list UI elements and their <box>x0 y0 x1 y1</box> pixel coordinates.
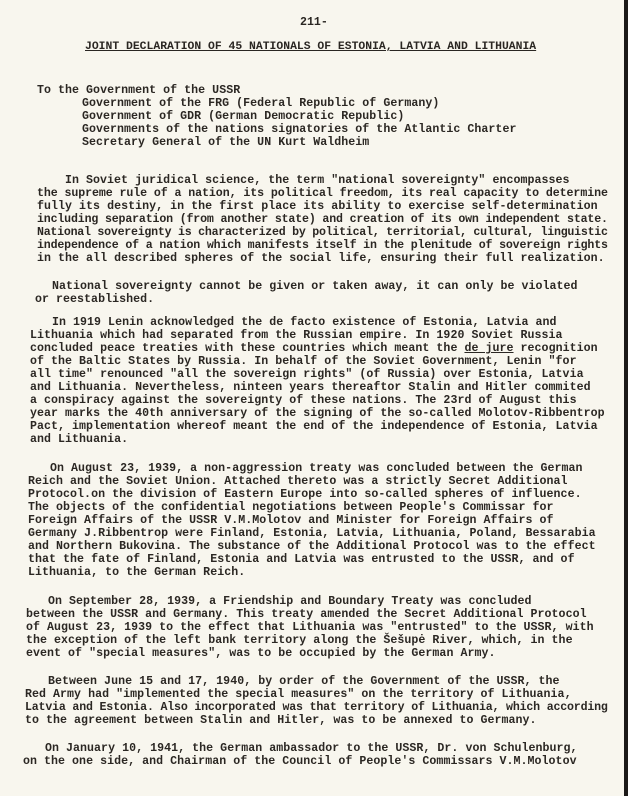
text-line: and Lithuania. Nevertheless, ninteen yea… <box>30 381 591 394</box>
text-line: all time" renounced "all the sovereign r… <box>30 368 584 381</box>
text-line: of the Baltic States by Russia. In behal… <box>30 355 577 368</box>
text-line: Red Army had "implemented the special me… <box>25 688 572 701</box>
text-line: of August 23, 1939 to the effect that Li… <box>26 621 594 634</box>
text-line: The objects of the confidential negotiat… <box>28 501 554 514</box>
text-line: on the one side, and Chairman of the Cou… <box>23 755 577 768</box>
text-line: Latvia and Estonia. Also incorporated wa… <box>25 701 608 714</box>
text-line: Between June 15 and 17, 1940, by order o… <box>48 675 560 688</box>
text-line: independence of a nation which manifests… <box>37 239 608 252</box>
document-title: JOINT DECLARATION OF 45 NATIONALS OF EST… <box>85 41 536 53</box>
text-line: the supreme rule of a nation, its politi… <box>37 187 608 200</box>
text-line: between the USSR and Germany. This treat… <box>26 608 587 621</box>
text-line: Pact, implementation whereof meant the e… <box>30 420 598 433</box>
text-line: a conspiracy against the sovereignty of … <box>30 394 577 407</box>
text-line: On January 10, 1941, the German ambassad… <box>45 742 578 755</box>
text-line: In 1919 Lenin acknowledged the de facto … <box>52 316 557 329</box>
scan-edge-shadow <box>624 0 628 796</box>
de-jure-underlined: de jure <box>464 342 513 355</box>
addressee-line: Government of GDR (German Democratic Rep… <box>82 110 404 123</box>
text-line: Protocol.on the division of Eastern Euro… <box>28 488 582 501</box>
text-line: Lithuania, to the German Reich. <box>28 566 245 579</box>
text-segment: recognition <box>514 342 598 355</box>
text-line: fully its destiny, in the first place it… <box>37 200 598 213</box>
text-line: in the all described spheres of the soci… <box>37 252 605 265</box>
addressee-line: Government of the FRG (Federal Republic … <box>82 97 439 110</box>
addressee-line: Secretary General of the UN Kurt Waldhei… <box>82 136 369 149</box>
text-line: National sovereignty is characterized by… <box>37 226 608 239</box>
text-line: event of "special measures", was to be o… <box>26 647 496 660</box>
page-number: 211- <box>300 16 328 29</box>
text-line: Foreign Affairs of the USSR V.M.Molotov … <box>28 514 554 527</box>
text-line: Reich and the Soviet Union. Attached the… <box>28 475 568 488</box>
document-page: 211- JOINT DECLARATION OF 45 NATIONALS O… <box>0 0 624 796</box>
text-segment: concluded peace treaties with these coun… <box>30 342 464 355</box>
text-line: and Northern Bukovina. The substance of … <box>28 540 596 553</box>
addressee-line: To the Government of the USSR <box>37 84 240 97</box>
text-line: that the fate of Finland, Estonia and La… <box>28 553 575 566</box>
text-line: to the agreement between Stalin and Hitl… <box>25 714 537 727</box>
text-line: the exception of the left bank territory… <box>26 634 573 647</box>
text-line: or reestablished. <box>35 293 154 306</box>
text-line: National sovereignty cannot be given or … <box>52 280 578 293</box>
text-line: and Lithuania. <box>30 433 128 446</box>
addressee-line: Governments of the nations signatories o… <box>82 123 516 136</box>
text-line: On September 28, 1939, a Friendship and … <box>48 595 532 608</box>
text-line: including separation (from another state… <box>37 213 608 226</box>
text-line: Germany J.Ribbentrop were Finland, Eston… <box>28 527 596 540</box>
text-line: concluded peace treaties with these coun… <box>30 342 598 355</box>
text-line: In Soviet juridical science, the term "n… <box>65 174 570 187</box>
text-line: year marks the 40th anniversary of the s… <box>30 407 605 420</box>
text-line: On August 23, 1939, a non-aggression tre… <box>50 462 583 475</box>
text-line: Lithuania which had separated from the R… <box>30 329 563 342</box>
